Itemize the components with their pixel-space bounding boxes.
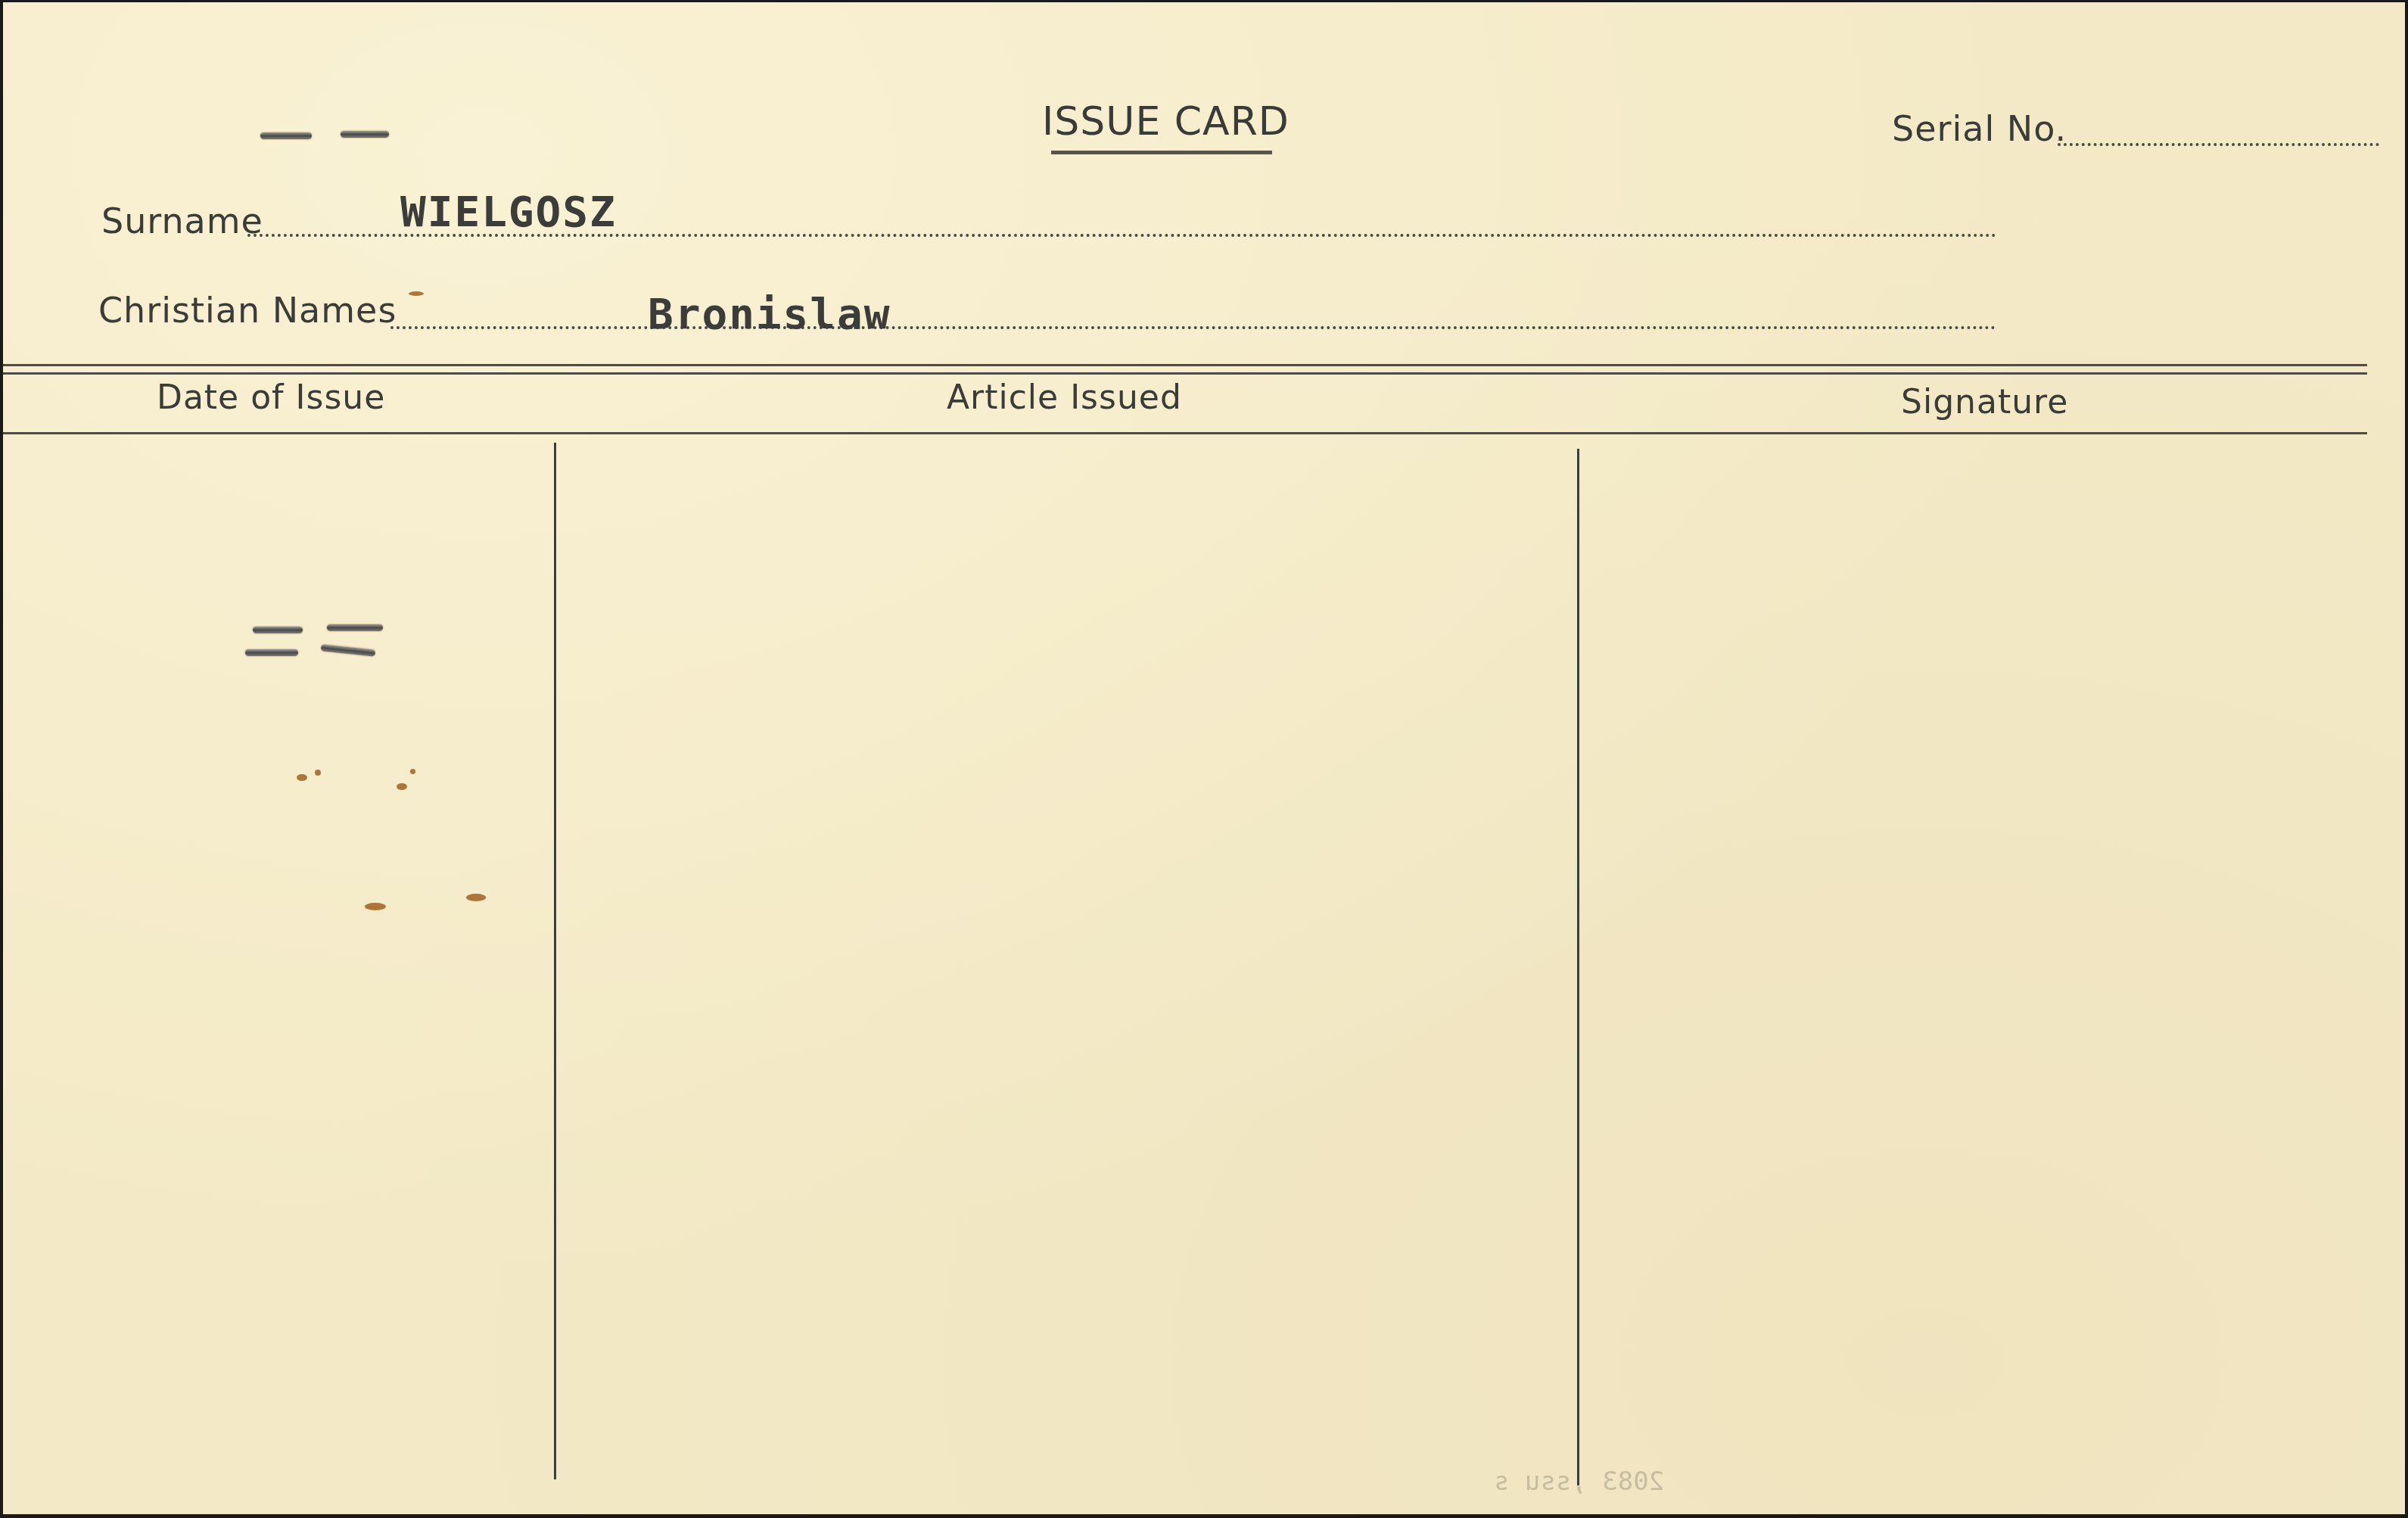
christian-names-field[interactable] [390,326,1996,329]
column-divider-1 [554,443,556,1479]
surname-value: WIELGOSZ [400,188,617,237]
title-underline [1051,151,1272,154]
header-rule-bottom [3,372,2367,375]
christian-names-label: Christian Names [98,290,397,331]
column-divider-2 [1577,449,1579,1485]
column-header-signature: Signature [1901,383,2068,421]
surname-label: Surname [101,201,263,241]
faint-stamp-mark: 2083 ,ssu s [1494,1467,1664,1497]
column-header-article-issued: Article Issued [947,378,1182,417]
rust-spot [409,291,424,296]
date-of-issue-cell[interactable] [3,437,552,1497]
staple-mid-3 [245,649,298,656]
article-issued-cell[interactable] [557,437,1576,1497]
staple-mid-2 [327,624,383,631]
staple-top-right [341,131,389,138]
issue-card: ISSUE CARD Serial No. Surname WIELGOSZ C… [3,2,2405,1514]
rust-spot [410,769,415,774]
column-header-rule [3,432,2367,434]
header-rule-top [3,364,2367,366]
serial-field[interactable] [2058,143,2379,146]
staple-mid-1 [253,627,303,633]
rust-spot [297,774,307,781]
serial-label: Serial No. [1892,108,2067,149]
column-header-date-of-issue: Date of Issue [157,378,385,417]
rust-spot [466,894,486,901]
christian-names-value: Bronislaw [648,290,891,339]
card-title: ISSUE CARD [1042,99,1290,145]
rust-spot [397,783,407,790]
staple-top-left [260,132,312,139]
signature-cell[interactable] [1580,437,2405,1497]
rust-spot [315,770,321,776]
rust-spot [365,903,386,910]
